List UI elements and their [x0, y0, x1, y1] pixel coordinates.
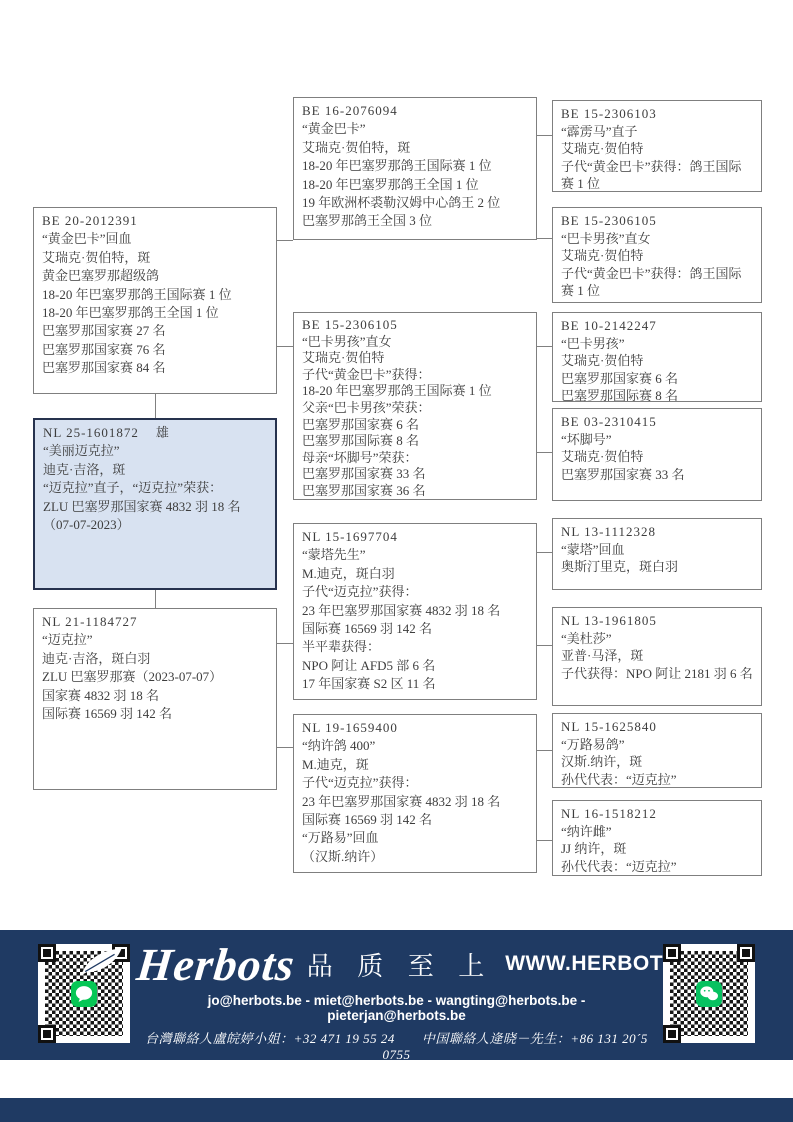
qr-finder: [663, 944, 681, 962]
pedigree-text-line: 艾瑞克·贺伯特: [561, 247, 753, 265]
pedigree-text-line: “黄金巴卡”: [302, 120, 528, 138]
pedigree-text-line: JJ 纳许，斑: [561, 840, 753, 858]
pedigree-text-line: 迪克·吉洛，斑白羽: [42, 650, 268, 668]
pedigree-text-line: 国际赛 16569 羽 142 名: [302, 811, 528, 829]
ring-number: BE 15-2306105: [302, 317, 528, 334]
ring-number: NL 25-1601872 雄: [43, 424, 267, 442]
pedigree-text-line: “纳许雌”: [561, 823, 753, 841]
pedigree-text-line: 18-20 年巴塞罗那鸽王国际赛 1 位: [42, 286, 268, 304]
pedigree-text-line: 18-20 年巴塞罗那鸽王全国 1 位: [42, 304, 268, 322]
connector-line: [537, 645, 552, 646]
pedigree-box-dam: NL 21-1184727 “迈克拉”迪克·吉洛，斑白羽ZLU 巴塞罗那赛（20…: [33, 608, 277, 790]
pedigree-text-line: 艾瑞克·贺伯特: [561, 140, 753, 158]
connector-line: [155, 394, 156, 418]
pedigree-text-line: “霹雳马”直子: [561, 123, 753, 141]
pedigree-text-line: 18-20 年巴塞罗那鸽王国际赛 1 位: [302, 383, 528, 400]
pedigree-text-line: 国际赛 16569 羽 142 名: [42, 705, 268, 723]
pedigree-text-line: 巴塞罗那国际赛 8 名: [302, 433, 528, 450]
pedigree-text-line: 奥斯汀里克，斑白羽: [561, 558, 753, 576]
ring-number: BE 20-2012391: [42, 212, 268, 230]
pedigree-text-line: 子代“黄金巴卡”获得：鸽王国际赛 1 位: [561, 158, 753, 193]
connector-line: [277, 240, 293, 241]
pedigree-text-line: 17 年国家赛 S2 区 11 名: [302, 675, 528, 693]
pedigree-text-line: 艾瑞克·贺伯特: [561, 352, 753, 370]
pedigree-text-line: “万路易鸽”: [561, 736, 753, 754]
pedigree-text-line: 父亲“巴卡男孩”荣获：: [302, 400, 528, 417]
pedigree-text-line: （07-07-2023）: [43, 516, 267, 534]
ring-number: NL 15-1625840: [561, 718, 753, 736]
ring-number: BE 16-2076094: [302, 102, 528, 120]
pedigree-text-line: 子代“迈克拉”获得：: [302, 774, 528, 792]
pedigree-text-line: 巴塞罗那国家赛 76 名: [42, 341, 268, 359]
pedigree-page: BE 20-2012391 “黄金巴卡”回血艾瑞克·贺伯特，斑黄金巴塞罗那超级鸽…: [0, 0, 793, 1122]
connector-line: [277, 643, 293, 644]
pedigree-text-line: 巴塞罗那国家赛 27 名: [42, 322, 268, 340]
pedigree-box-dd-dam: NL 16-1518212 “纳许雌”JJ 纳许，斑孙代代表：“迈克拉”: [552, 800, 762, 876]
ring-number: BE 03-2310415: [561, 413, 753, 431]
pedigree-text-line: 巴塞罗那国家赛 84 名: [42, 359, 268, 377]
email-links[interactable]: jo@herbots.be - miet@herbots.be - wangti…: [138, 993, 655, 1023]
pedigree-box-sd-dam: BE 03-2310415 “坏脚号”艾瑞克·贺伯特巴塞罗那国家赛 33 名: [552, 408, 762, 501]
pedigree-text-line: 巴塞罗那鸽王全国 3 位: [302, 212, 528, 230]
pedigree-text-line: 巴塞罗那国家赛 6 名: [561, 370, 753, 388]
pedigree-text-line: 子代“黄金巴卡”获得：鸽王国际赛 1 位: [561, 265, 753, 300]
qr-finder: [38, 1025, 56, 1043]
pedigree-text-line: “迈克拉”: [42, 631, 268, 649]
pedigree-box-ds-sire: NL 13-1112328 “蒙塔”回血奥斯汀里克，斑白羽: [552, 518, 762, 590]
pedigree-text-line: ZLU 巴塞罗那赛（2023-07-07）: [42, 668, 268, 686]
ring-number: NL 16-1518212: [561, 805, 753, 823]
pedigree-text-line: M.迪克，斑白羽: [302, 565, 528, 583]
connector-line: [537, 840, 552, 841]
pedigree-text-line: “万路易”回血: [302, 829, 528, 847]
pedigree-box-dd-sire: NL 15-1625840 “万路易鸽”汉斯.纳许，斑孙代代表：“迈克拉”: [552, 713, 762, 788]
connector-line: [537, 238, 552, 239]
pedigree-text-line: M.迪克，斑: [302, 756, 528, 774]
qr-finder: [38, 944, 56, 962]
connector-line: [537, 346, 552, 347]
bottom-bar: [0, 1098, 793, 1122]
pedigree-text-line: 母亲“坏脚号”荣获：: [302, 450, 528, 467]
pedigree-text-line: “纳许鸽 400”: [302, 737, 528, 755]
pedigree-text-line: 巴塞罗那国家赛 36 名: [302, 483, 528, 500]
pedigree-text-line: 巴塞罗那国家赛 33 名: [302, 466, 528, 483]
pedigree-box-dam-sire: NL 15-1697704 “蒙塔先生”M.迪克，斑白羽子代“迈克拉”获得：23…: [293, 523, 537, 700]
connector-line: [537, 135, 552, 136]
pedigree-box-ss-dam: BE 15-2306105 “巴卡男孩”直女艾瑞克·贺伯特子代“黄金巴卡”获得：…: [552, 207, 762, 303]
pedigree-text-line: “坏脚号”: [561, 431, 753, 449]
pedigree-text-line: 孙代代表：“迈克拉”: [561, 771, 753, 789]
connector-line: [277, 346, 293, 347]
qr-finder: [737, 944, 755, 962]
pedigree-text-line: “巴卡男孩”直女: [302, 334, 528, 351]
tagline-text: 贺伯特家族...秉持品质第一与诚实可靠，力求提供完美的服务！: [138, 1067, 655, 1096]
pedigree-text-line: 艾瑞克·贺伯特: [561, 448, 753, 466]
pedigree-text-line: “美杜莎”: [561, 630, 753, 648]
pedigree-text-line: “黄金巴卡”回血: [42, 230, 268, 248]
pedigree-text-line: “蒙塔”回血: [561, 541, 753, 559]
pedigree-text-line: （汉斯.纳许）: [302, 848, 528, 866]
qr-code-wechat: [663, 944, 755, 1043]
ring-number: BE 15-2306103: [561, 105, 753, 123]
pedigree-text-line: 艾瑞克·贺伯特，斑: [42, 249, 268, 267]
connector-line: [537, 750, 552, 751]
ring-number: NL 19-1659400: [302, 719, 528, 737]
ring-number: NL 15-1697704: [302, 528, 528, 546]
pedigree-text-line: 国家赛 4832 羽 18 名: [42, 687, 268, 705]
pedigree-box-ss-sire: BE 15-2306103 “霹雳马”直子艾瑞克·贺伯特子代“黄金巴卡”获得：鸽…: [552, 100, 762, 192]
pedigree-box-sire: BE 20-2012391 “黄金巴卡”回血艾瑞克·贺伯特，斑黄金巴塞罗那超级鸽…: [33, 207, 277, 394]
pedigree-box-sire-dam: BE 15-2306105 “巴卡男孩”直女艾瑞克·贺伯特子代“黄金巴卡”获得：…: [293, 312, 537, 500]
pedigree-text-line: 巴塞罗那国家赛 6 名: [302, 417, 528, 434]
pedigree-text-line: ZLU 巴塞罗那国家赛 4832 羽 18 名: [43, 498, 267, 516]
slogan-text: 品 质 至 上: [307, 946, 494, 983]
pedigree-text-line: NPO 阿让 AFD5 部 6 名: [302, 657, 528, 675]
line-icon: [71, 981, 97, 1007]
pedigree-text-line: “巴卡男孩”: [561, 335, 753, 353]
pedigree-text-line: 子代获得：NPO 阿让 2181 羽 6 名: [561, 665, 753, 683]
pedigree-text-line: 子代“迈克拉”获得：: [302, 583, 528, 601]
pedigree-text-line: “美丽迈克拉”: [43, 442, 267, 460]
pedigree-text-line: 艾瑞克·贺伯特，斑: [302, 139, 528, 157]
pedigree-text-line: 巴塞罗那国际赛 8 名: [561, 387, 753, 402]
pedigree-text-line: 子代“黄金巴卡”获得：: [302, 367, 528, 384]
pedigree-box-sd-sire: BE 10-2142247 “巴卡男孩”艾瑞克·贺伯特巴塞罗那国家赛 6 名巴塞…: [552, 312, 762, 402]
footer-content: Herbots 品 质 至 上 WWW.HERBOTS.BE jo@herbot…: [138, 936, 655, 1096]
pedigree-text-line: 孙代代表：“迈克拉”: [561, 858, 753, 876]
pedigree-text-line: 汉斯.纳许，斑: [561, 753, 753, 771]
pedigree-text-line: 23 年巴塞罗那国家赛 4832 羽 18 名: [302, 793, 528, 811]
pedigree-text-line: 亚普·马泽，斑: [561, 647, 753, 665]
brand-row: Herbots 品 质 至 上 WWW.HERBOTS.BE: [138, 936, 655, 992]
pedigree-text-line: 23 年巴塞罗那国家赛 4832 羽 18 名: [302, 602, 528, 620]
pedigree-text-line: “巴卡男孩”直女: [561, 230, 753, 248]
ring-number: NL 13-1961805: [561, 612, 753, 630]
ring-number: NL 21-1184727: [42, 613, 268, 631]
pedigree-text-line: 迪克·吉洛，斑: [43, 461, 267, 479]
ring-number: BE 15-2306105: [561, 212, 753, 230]
pedigree-text-line: 18-20 年巴塞罗那鸽王国际赛 1 位: [302, 157, 528, 175]
connector-line: [277, 747, 293, 748]
pedigree-text-line: 黄金巴塞罗那超级鸽: [42, 267, 268, 285]
pedigree-box-dam-dam: NL 19-1659400 “纳许鸽 400”M.迪克，斑子代“迈克拉”获得：2…: [293, 714, 537, 873]
contact-line: 台灣聯絡人盧皖婷小姐：+32 471 19 55 24 中国聯絡人逄晓－先生：+…: [138, 1028, 655, 1063]
pedigree-text-line: 国际赛 16569 羽 142 名: [302, 620, 528, 638]
footer-banner: Herbots 品 质 至 上 WWW.HERBOTS.BE jo@herbot…: [0, 930, 793, 1060]
pedigree-text-line: 艾瑞克·贺伯特: [302, 350, 528, 367]
pedigree-text-line: 18-20 年巴塞罗那鸽王全国 1 位: [302, 176, 528, 194]
pedigree-text-line: 半平辈获得：: [302, 638, 528, 656]
pedigree-text-line: “迈克拉”直子，“迈克拉”荣获：: [43, 479, 267, 497]
connector-line: [155, 590, 156, 608]
wechat-icon: [696, 981, 722, 1007]
pedigree-box-sire-sire: BE 16-2076094 “黄金巴卡”艾瑞克·贺伯特，斑18-20 年巴塞罗那…: [293, 97, 537, 240]
connector-line: [537, 452, 552, 453]
qr-finder: [663, 1025, 681, 1043]
ring-number: BE 10-2142247: [561, 317, 753, 335]
pedigree-box-ds-dam: NL 13-1961805 “美杜莎”亚普·马泽，斑子代获得：NPO 阿让 21…: [552, 607, 762, 706]
pedigree-text-line: 巴塞罗那国家赛 33 名: [561, 466, 753, 484]
connector-line: [537, 552, 552, 553]
pedigree-text-line: “蒙塔先生”: [302, 546, 528, 564]
brand-logo: Herbots: [134, 938, 297, 991]
pedigree-text-line: 19 年欧洲杯裘勒汉姆中心鸽王 2 位: [302, 194, 528, 212]
pedigree-box-subject: NL 25-1601872 雄 “美丽迈克拉”迪克·吉洛，斑“迈克拉”直子，“迈…: [33, 418, 277, 590]
ring-number: NL 13-1112328: [561, 523, 753, 541]
